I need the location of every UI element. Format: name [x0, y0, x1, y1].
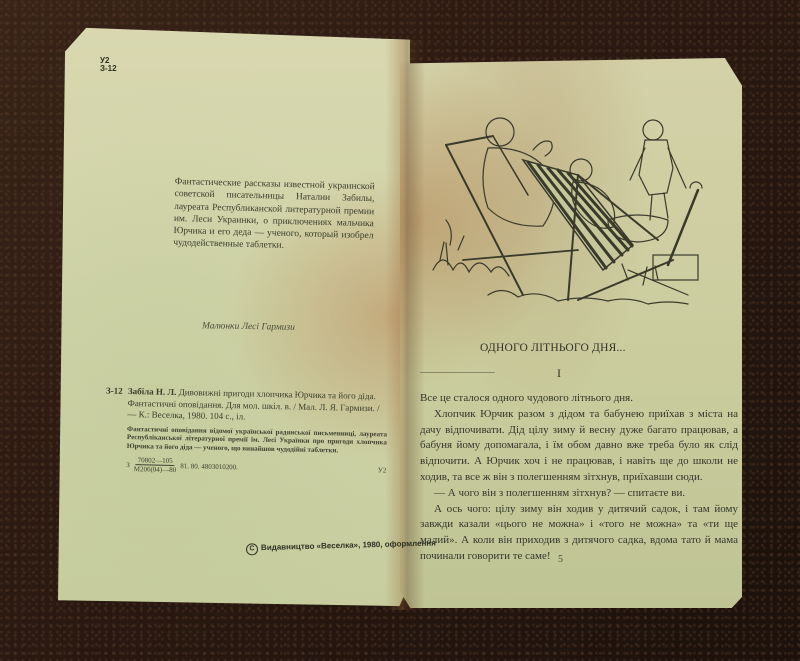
catalog-author: Забіла Н. Л.: [128, 386, 177, 397]
bracket-mark: З: [126, 460, 130, 468]
open-book: У2 З-12 Фантастические рассказы известно…: [0, 0, 800, 661]
fraction-denominator: М206(04)—80: [134, 465, 177, 474]
deckchair-illustration: Grandfather and grandmother in striped d…: [428, 100, 718, 310]
paragraph: — А чого він з полегшенням зітхнув? — сп…: [420, 486, 738, 502]
illustrator-credit: Малюнки Лесі Гармизи: [202, 321, 295, 333]
catalog-abstract: Фантастичні оповідання відомої українськ…: [127, 424, 387, 455]
chapter-number: І: [557, 366, 561, 381]
code-line-2: З-12: [100, 65, 117, 73]
catalog-index: З-12: [106, 386, 123, 396]
catalog-card: З-12 Забіла Н. Л. Дивовижні пригоди хлоп…: [126, 386, 388, 478]
chapter-body: Все це сталося одного чудового літнього …: [420, 391, 738, 565]
paragraph: А ось чого: цілу зиму він ходив у дитячи…: [420, 502, 738, 565]
paragraph: Все це сталося одного чудового літнього …: [420, 391, 738, 407]
chapter-title: ОДНОГО ЛІТНЬОГО ДНЯ...: [480, 342, 626, 354]
catalog-fraction: 70802—105 М206(04)—80: [134, 456, 177, 474]
catalog-code-tail: 81. 80. 4803010200.: [180, 462, 238, 471]
copyright-icon: C: [246, 543, 258, 555]
russian-annotation: Фантастические рассказы известной украин…: [173, 176, 375, 255]
udc-code: У2: [378, 466, 387, 474]
left-page[interactable]: [58, 22, 410, 612]
pencil-mark: [420, 372, 495, 373]
library-code-mark: У2 З-12: [100, 57, 117, 73]
paragraph: Хлопчик Юрчик разом з дідом та бабунею п…: [420, 407, 738, 486]
catalog-entry: Забіла Н. Л. Дивовижні пригоди хлопчика …: [127, 386, 388, 426]
page-number: 5: [558, 554, 563, 565]
